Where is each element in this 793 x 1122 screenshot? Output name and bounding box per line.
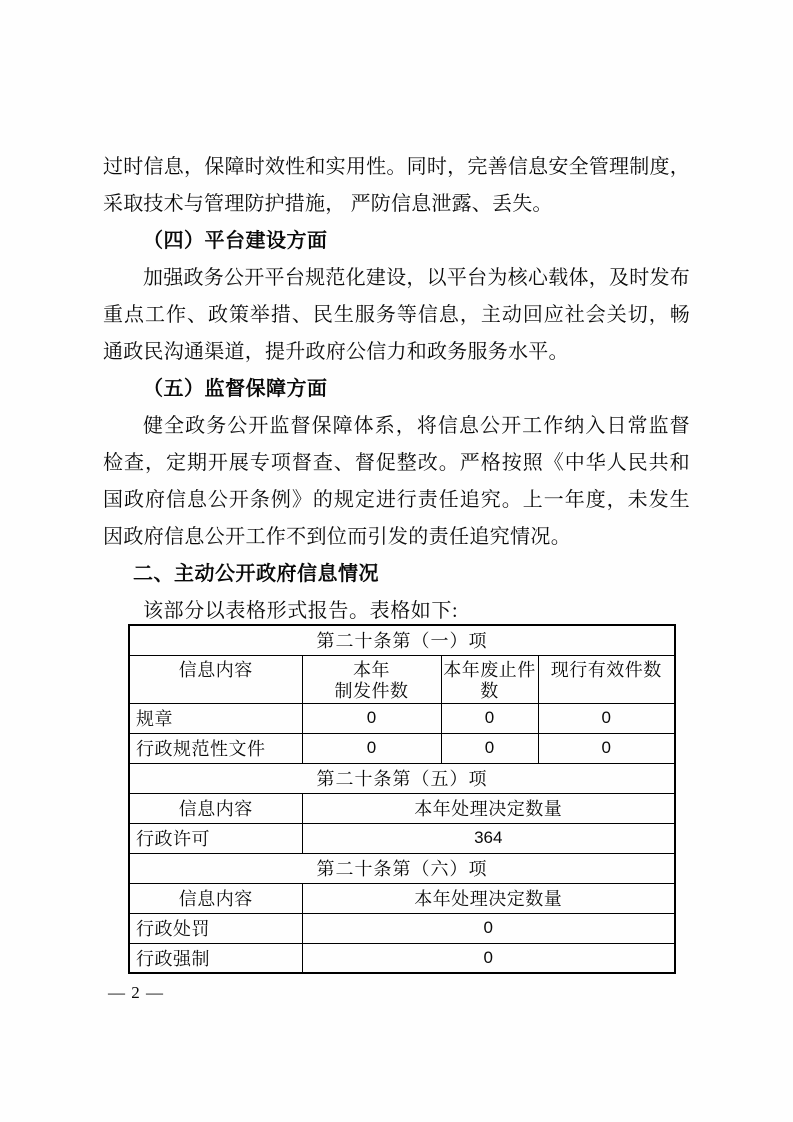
- table-row: 信息内容 本年处理决定数量: [129, 883, 675, 913]
- section-title-item6: 第二十条第（六）项: [129, 853, 675, 883]
- section-title-item5: 第二十条第（五）项: [129, 763, 675, 793]
- row-label-administrative-license: 行政许可: [129, 823, 302, 853]
- paragraph-supervision-guarantee: 健全政务公开监督保障体系，将信息公开工作纳入日常监督检查，定期开展专项督查、督促…: [103, 408, 690, 556]
- header-cell-decisions-count: 本年处理决定数量: [302, 883, 675, 913]
- heading-platform-construction: （四）平台建设方面: [103, 223, 690, 260]
- value-cell: 0: [302, 913, 675, 943]
- table-row: 规章 0 0 0: [129, 703, 675, 733]
- value-cell: 0: [302, 703, 441, 733]
- header-cell-effective-count: 现行有效件数: [538, 655, 675, 703]
- value-cell: 0: [302, 733, 441, 763]
- value-cell: 0: [538, 733, 675, 763]
- value-cell: 0: [441, 733, 538, 763]
- document-page: 过时信息，保障时效性和实用性。同时，完善信息安全管理制度，采取技术与管理防护措施…: [0, 0, 793, 1122]
- paragraph-info-security: 过时信息，保障时效性和实用性。同时，完善信息安全管理制度，采取技术与管理防护措施…: [103, 149, 690, 223]
- heading-section-two: 二、主动公开政府信息情况: [103, 556, 690, 593]
- value-cell: 0: [441, 703, 538, 733]
- row-label-rules: 规章: [129, 703, 302, 733]
- header-cell-info-content: 信息内容: [129, 883, 302, 913]
- heading-supervision-guarantee: （五）监督保障方面: [103, 371, 690, 408]
- header-cell-info-content: 信息内容: [129, 793, 302, 823]
- header-cell-info-content: 信息内容: [129, 655, 302, 703]
- table-row: 第二十条第（六）项: [129, 853, 675, 883]
- table-row: 行政强制 0: [129, 943, 675, 973]
- table-row: 行政处罚 0: [129, 913, 675, 943]
- value-cell: 0: [302, 943, 675, 973]
- header-cell-issued-count: 本年 制发件数: [302, 655, 441, 703]
- table-row: 行政规范性文件 0 0 0: [129, 733, 675, 763]
- row-label-normative-documents: 行政规范性文件: [129, 733, 302, 763]
- value-cell: 0: [538, 703, 675, 733]
- table-row: 第二十条第（五）项: [129, 763, 675, 793]
- page-number: — 2 —: [108, 983, 690, 1003]
- table-row: 信息内容 本年 制发件数 本年废止件数 现行有效件数: [129, 655, 675, 703]
- table-row: 行政许可 364: [129, 823, 675, 853]
- disclosure-statistics-table: 第二十条第（一）项 信息内容 本年 制发件数 本年废止件数 现行有效件数 规章 …: [128, 624, 676, 974]
- table-row: 信息内容 本年处理决定数量: [129, 793, 675, 823]
- row-label-administrative-penalty: 行政处罚: [129, 913, 302, 943]
- header-cell-repealed-count: 本年废止件数: [441, 655, 538, 703]
- document-content: 过时信息，保障时效性和实用性。同时，完善信息安全管理制度，采取技术与管理防护措施…: [103, 149, 690, 1003]
- paragraph-platform-construction: 加强政务公开平台规范化建设，以平台为核心载体，及时发布重点工作、政策举措、民生服…: [103, 260, 690, 371]
- value-cell: 364: [302, 823, 675, 853]
- row-label-administrative-coercion: 行政强制: [129, 943, 302, 973]
- header-cell-decisions-count: 本年处理决定数量: [302, 793, 675, 823]
